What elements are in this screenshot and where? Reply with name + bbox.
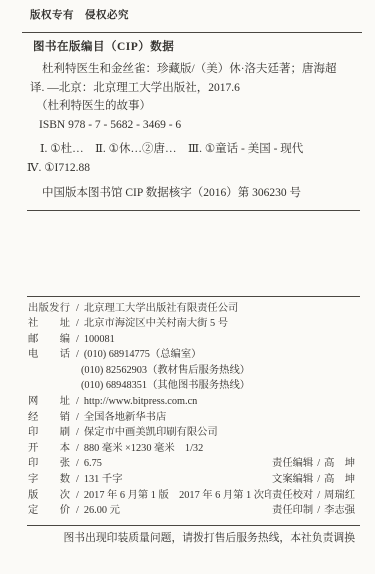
colophon-row: 经销 / 全国各地新华书店: [28, 410, 355, 426]
cip-line: ISBN 978 - 7 - 5682 - 3469 - 6: [30, 116, 361, 135]
row-label: 定价: [28, 503, 70, 519]
row-value: http://www.bitpress.com.cn: [84, 394, 197, 410]
row-separator: /: [70, 316, 84, 332]
editor-name: 高 坤: [324, 456, 355, 472]
cip-line: Ⅳ. ①I712.88: [27, 159, 361, 178]
editor-name: 高 坤: [324, 472, 355, 488]
row-value: 全国各地新华书店: [84, 410, 166, 426]
row-separator: /: [313, 503, 324, 519]
cip-line: Ⅰ. ①杜… Ⅱ. ①休…②唐… Ⅲ. ①童话 - 美国 - 现代: [30, 140, 361, 159]
cip-line: 杜利特医生和金丝雀：珍藏版/（美）休·洛夫廷著；唐海超: [30, 60, 361, 79]
row-value: 北京理工大学出版社有限责任公司: [84, 301, 238, 317]
divider-colophon-top: [27, 296, 360, 297]
colophon-row: 开本 / 880 毫米 ×1230 毫米 1/32: [28, 441, 355, 457]
cip-body: 杜利特医生和金丝雀：珍藏版/（美）休·洛夫廷著；唐海超 译. —北京：北京理工大…: [30, 60, 361, 203]
row-separator: /: [70, 394, 84, 410]
row-label: 电话: [28, 347, 70, 363]
row-value: 880 毫米 ×1230 毫米 1/32: [84, 441, 203, 457]
cip-heading: 图书在版编目（CIP）数据: [33, 40, 375, 55]
row-label: 版次: [28, 488, 70, 504]
editor-entry: 文案编辑 / 高 坤: [272, 472, 355, 488]
row-separator: /: [70, 503, 84, 519]
editor-role: 文案编辑: [272, 472, 313, 488]
cip-line: 中国版本图书馆 CIP 数据核字（2016）第 306230 号: [30, 184, 361, 203]
row-separator: /: [70, 347, 84, 363]
colophon-row: 字数 / 131 千字 文案编辑 / 高 坤: [28, 472, 355, 488]
row-label: 邮编: [28, 332, 70, 348]
colophon-row: 版次 / 2017 年 6 月第 1 版 2017 年 6 月第 1 次印刷 责…: [28, 488, 355, 504]
colophon-row: 网址 / http://www.bitpress.com.cn: [28, 394, 355, 410]
row-separator: /: [70, 441, 84, 457]
row-separator: /: [70, 425, 84, 441]
row-separator: /: [313, 456, 324, 472]
colophon-row: 电话 / (010) 68914775（总编室）: [28, 347, 355, 363]
colophon-row: 印张 / 6.75 责任编辑 / 高 坤: [28, 456, 355, 472]
row-separator: /: [70, 410, 84, 426]
row-value: (010) 68914775（总编室）: [84, 347, 202, 363]
row-value: 26.00 元: [84, 503, 120, 519]
row-label: 印刷: [28, 425, 70, 441]
row-label: 开本: [28, 441, 70, 457]
colophon-row: 邮编 / 100081: [28, 332, 355, 348]
row-label: 社址: [28, 316, 70, 332]
copyright-notice: 版权专有 侵权必究: [30, 0, 375, 23]
row-value: (010) 68948351（其他图书服务热线）: [81, 378, 250, 394]
colophon-row-continuation: (010) 68948351（其他图书服务热线）: [28, 378, 355, 394]
row-value: 100081: [84, 332, 115, 348]
editor-entry: 责任印制 / 李志强: [272, 503, 355, 519]
row-label: 经销: [28, 410, 70, 426]
editor-name: 周瑞红: [324, 488, 355, 504]
divider-top: [22, 32, 362, 33]
blank-gap: [0, 211, 375, 296]
cip-line: 译. —北京：北京理工大学出版社，2017.6: [30, 79, 361, 98]
copyright-page: 版权专有 侵权必究 图书在版编目（CIP）数据 杜利特医生和金丝雀：珍藏版/（美…: [0, 0, 375, 574]
row-separator: /: [70, 456, 84, 472]
colophon-row-continuation: (010) 82562903（教材售后服务热线）: [28, 363, 355, 379]
row-label: 字数: [28, 472, 70, 488]
divider-footer: [27, 525, 360, 526]
row-separator: /: [70, 488, 84, 504]
cip-line: （杜利特医生的故事）: [30, 97, 361, 116]
row-value: 2017 年 6 月第 1 版 2017 年 6 月第 1 次印刷: [84, 488, 272, 504]
colophon-row: 出版发行 / 北京理工大学出版社有限责任公司: [28, 301, 355, 317]
row-value: 6.75: [84, 456, 102, 472]
row-label: 出版发行: [28, 301, 70, 317]
row-label: 网址: [28, 394, 70, 410]
row-value: 131 千字: [84, 472, 123, 488]
editor-role: 责任校对: [272, 488, 313, 504]
row-value: 北京市海淀区中关村南大街 5 号: [84, 316, 228, 332]
editor-entry: 责任校对 / 周瑞红: [272, 488, 355, 504]
cip-section: 图书在版编目（CIP）数据 杜利特医生和金丝雀：珍藏版/（美）休·洛夫廷著；唐海…: [0, 40, 375, 203]
row-separator: /: [70, 332, 84, 348]
editor-name: 李志强: [324, 503, 355, 519]
colophon-row: 社址 / 北京市海淀区中关村南大街 5 号: [28, 316, 355, 332]
colophon-section: 出版发行 / 北京理工大学出版社有限责任公司 社址 / 北京市海淀区中关村南大街…: [28, 301, 355, 519]
footer-note: 图书出现印装质量问题，请拨打售后服务热线，本社负责调换: [0, 531, 355, 546]
row-separator: /: [70, 301, 84, 317]
editor-role: 责任编辑: [272, 456, 313, 472]
colophon-row: 印刷 / 保定市中画美凯印刷有限公司: [28, 425, 355, 441]
editor-entry: 责任编辑 / 高 坤: [272, 456, 355, 472]
row-separator: /: [313, 472, 324, 488]
row-value: (010) 82562903（教材售后服务热线）: [81, 363, 250, 379]
row-separator: /: [313, 488, 324, 504]
row-label: 印张: [28, 456, 70, 472]
row-separator: /: [70, 472, 84, 488]
row-value: 保定市中画美凯印刷有限公司: [84, 425, 218, 441]
editor-role: 责任印制: [272, 503, 313, 519]
colophon-row: 定价 / 26.00 元 责任印制 / 李志强: [28, 503, 355, 519]
